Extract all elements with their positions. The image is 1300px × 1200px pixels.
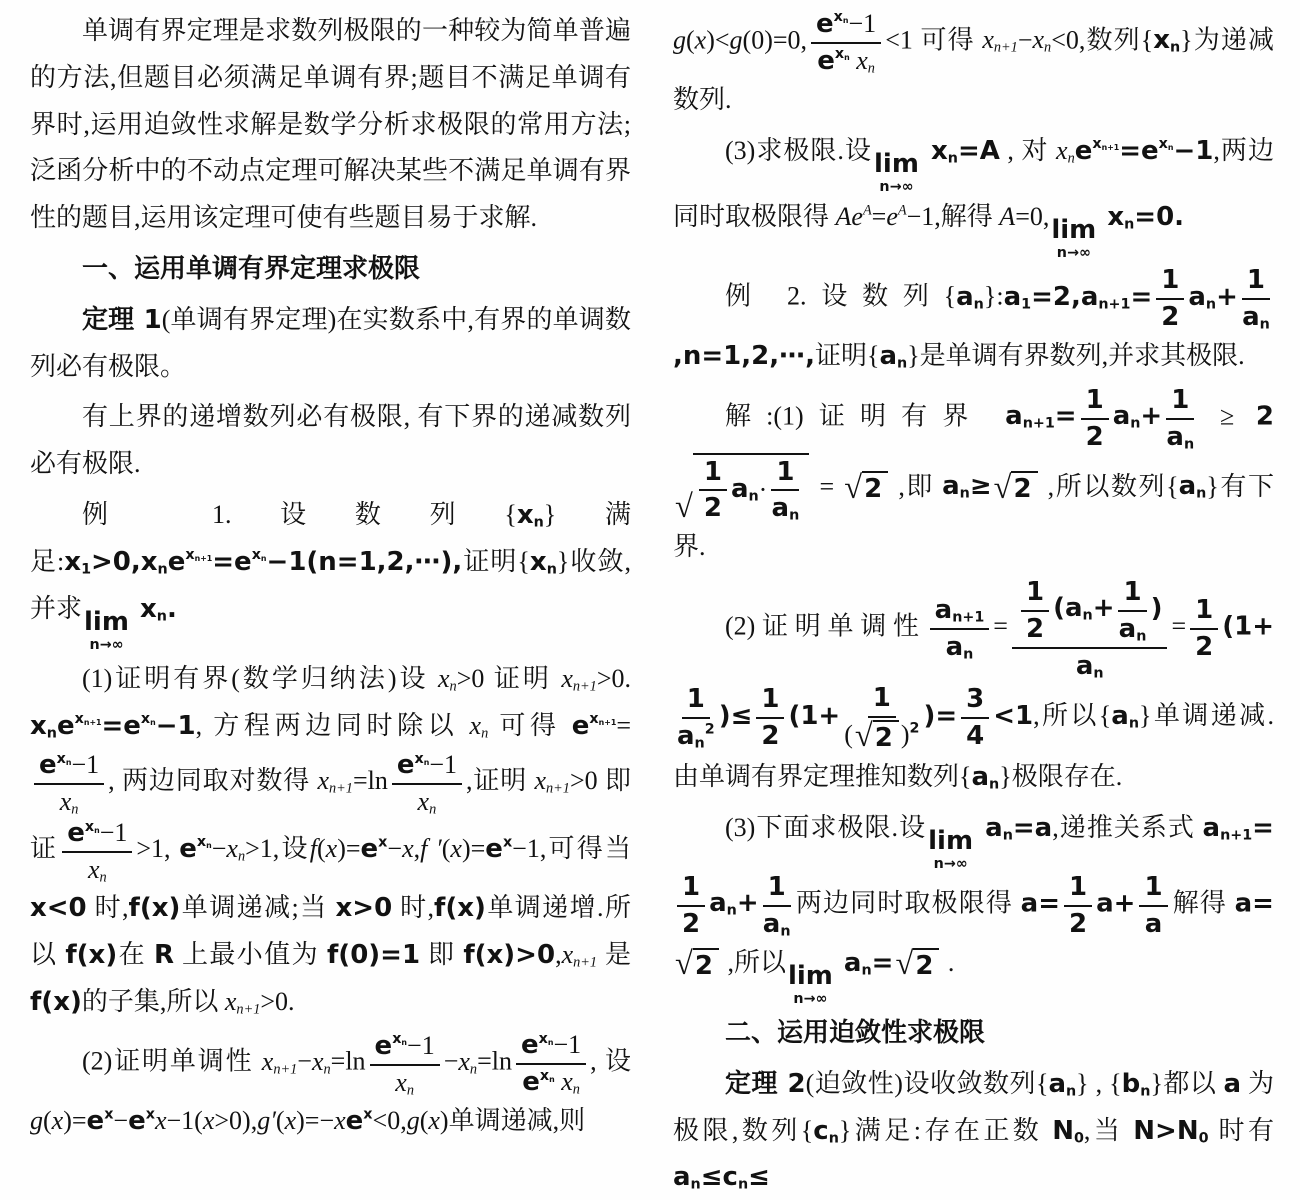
section-heading: 一、运用单调有界定理求极限 — [30, 246, 631, 293]
fraction-denominator: xn — [60, 785, 79, 817]
superscript: A — [863, 202, 872, 218]
math-bold: an — [1048, 1069, 1076, 1099]
subscript: n — [1206, 296, 1216, 312]
math-variable: A — [999, 202, 1015, 231]
document: 单调有界定理是求数列极限的一种较为简单普遍的方法,但题目必须满足单调有界;题目不… — [0, 0, 1300, 1200]
limit-subscript: n→∞ — [879, 180, 913, 194]
fraction-numerator: exn−1 — [392, 749, 462, 785]
math-variable: x — [52, 1106, 64, 1135]
math-variable: xn+1 — [982, 25, 1018, 54]
superscript: xn — [141, 711, 156, 727]
fraction: exn−1xn — [370, 1030, 440, 1098]
math-bold: an — [1111, 701, 1139, 731]
paragraph: 例 1.设数列{xn}满足:x1>0,xnexn+1=exn−1(n=1,2,⋯… — [30, 492, 631, 652]
superscript: xn+1 — [589, 711, 616, 727]
math-variable: xn — [561, 1067, 580, 1096]
subscript: n — [948, 150, 958, 166]
subscript: n — [748, 489, 758, 505]
math-bold: 1 — [1069, 872, 1087, 902]
subscript: 1 — [81, 561, 91, 577]
limit-operator: limn→∞ — [788, 963, 833, 1006]
math-bold: xn — [1153, 25, 1180, 55]
subscript: n+1 — [1220, 827, 1252, 843]
superscript: xn — [57, 751, 72, 767]
subscript: n — [157, 608, 167, 624]
subscript: n+1 — [994, 40, 1018, 56]
math-variable: xn — [438, 664, 457, 693]
math-bold: an= — [835, 948, 894, 978]
subscript: n — [861, 962, 871, 978]
fraction: 12 — [1081, 384, 1109, 453]
superscript: xn+1 — [1092, 136, 1119, 152]
subscript: n — [1068, 150, 1075, 166]
superscript: xn+1 — [75, 711, 102, 727]
subscript: n — [1140, 1083, 1150, 1099]
subscript: n — [1260, 317, 1270, 333]
math-bold: 1 — [776, 457, 794, 487]
math-bold: ,n=1,2,⋯, — [673, 341, 815, 371]
subscript: n — [206, 841, 212, 850]
subscript: n — [1093, 665, 1103, 681]
subscript: n — [1066, 1083, 1076, 1099]
fraction-numerator: 1 — [677, 871, 705, 907]
math-bold: an — [956, 282, 984, 312]
math-bold: exn — [817, 46, 849, 76]
math-bold: ex — [128, 1106, 155, 1136]
subscript: n+1 — [329, 781, 353, 797]
math-bold: xn=0. — [1098, 202, 1184, 232]
math-bold: 2 — [695, 951, 713, 982]
superscript: A — [898, 202, 907, 218]
math-bold: an+ — [1188, 282, 1238, 312]
fraction-denominator: a — [1145, 907, 1163, 940]
subscript: n — [695, 736, 705, 752]
subscript: n — [1170, 40, 1180, 56]
math-bold: 2 — [1256, 401, 1274, 431]
math-bold: an — [879, 341, 907, 371]
subscript: n — [780, 923, 790, 939]
math-bold: 4 — [966, 721, 984, 751]
superscript: x — [363, 1106, 372, 1122]
math-variable: f ′ — [420, 834, 442, 863]
math-bold: ) — [1151, 593, 1163, 623]
limit-operator: limn→∞ — [874, 151, 919, 194]
math-bold: exn — [522, 1067, 554, 1097]
fraction-denominator: 2 — [1069, 907, 1087, 940]
math-bold: 1 — [704, 457, 722, 487]
math-bold: f(x) — [434, 893, 486, 923]
fraction: 1an — [771, 456, 799, 525]
fraction: an+1an — [930, 594, 990, 663]
math-bold: a= — [1235, 888, 1274, 918]
fraction-numerator: 1 — [1166, 384, 1194, 420]
fraction-numerator: an+1 — [930, 594, 990, 630]
fraction-denominator: an — [1166, 420, 1194, 453]
subscript: 0 — [1074, 1130, 1084, 1146]
subscript: n — [1083, 608, 1093, 624]
fraction: 12 — [1190, 594, 1218, 663]
subscript: n — [548, 1038, 554, 1047]
fraction-numerator: 1 — [868, 682, 896, 718]
math-variable: g — [30, 1106, 43, 1135]
subscript: 1 — [1021, 296, 1031, 312]
math-variable: xn — [226, 834, 245, 863]
math-bold: an — [763, 909, 791, 939]
math-variable: x — [695, 25, 707, 54]
fraction-numerator: 3 — [961, 683, 989, 719]
fraction-denominator: 2 — [1026, 612, 1044, 645]
radical-sign: √ — [895, 947, 913, 981]
limit-operator: limn→∞ — [928, 828, 973, 871]
fraction-numerator: 12(an+1an) — [1012, 575, 1168, 649]
subscript: n — [691, 1177, 701, 1193]
math-bold: 2 — [910, 720, 920, 736]
math-bold: (1+ — [788, 701, 840, 731]
math-bold: 1 — [1161, 265, 1179, 295]
math-bold: a= — [1021, 888, 1060, 918]
subscript: n — [1196, 486, 1206, 502]
fraction: 12 — [677, 871, 705, 940]
superscript: 2 — [910, 720, 920, 736]
fraction-denominator: (√2)2 — [844, 718, 919, 754]
paragraph: (1)证明有界(数学归纳法)设 xn>0 证明 xn+1>0. xnexn+1=… — [30, 656, 631, 1026]
math-variable: xn — [458, 1047, 477, 1076]
subscript: n — [1003, 827, 1013, 843]
fraction: 12 — [699, 456, 727, 525]
math-variable: xn — [418, 787, 437, 816]
fraction-numerator: exn−1 — [34, 749, 104, 785]
fraction-numerator: 1 — [771, 456, 799, 492]
math-bold: a — [1145, 909, 1163, 939]
math-bold: an — [1166, 422, 1194, 452]
fraction-denominator: 2 — [761, 719, 779, 752]
fraction-denominator: an — [1119, 612, 1147, 645]
paragraph: 定理 2(迫敛性)设收敛数列{an} , {bn}都以 a 为极限,数列{cn}… — [673, 1061, 1274, 1200]
math-variable: xn — [312, 1047, 331, 1076]
math-bold: an — [1179, 471, 1207, 501]
fraction-numerator: 1 — [699, 456, 727, 492]
fraction: 1(√2)2 — [844, 682, 919, 754]
math-bold: 定理 2 — [725, 1069, 806, 1099]
radicand: 2 — [693, 948, 719, 982]
paragraph: 有上界的递增数列必有极限, 有下界的递减数列必有极限. — [30, 394, 631, 488]
subscript: n+1 — [1102, 143, 1120, 152]
subscript: n — [1129, 715, 1139, 731]
math-variable: x — [428, 1106, 440, 1135]
math-bold: 2 — [1026, 614, 1044, 644]
fraction-numerator: 1 — [682, 683, 710, 719]
subscript: n — [47, 725, 57, 741]
math-bold: exn — [521, 1030, 553, 1060]
fraction-numerator: 1 — [1081, 384, 1109, 420]
subscript: n — [1168, 143, 1174, 152]
math-variable: g′ — [257, 1106, 276, 1135]
limit-subscript: n→∞ — [89, 638, 123, 652]
math-variable: xn — [88, 855, 107, 884]
subscript: n — [843, 16, 849, 25]
subscript: n — [844, 53, 850, 62]
subscript: n+1 — [195, 554, 213, 563]
math-bold: a1=2,an+1= — [1004, 282, 1153, 312]
math-bold: 2 — [1013, 474, 1031, 505]
radicand: 2 — [873, 720, 899, 754]
math-bold: an — [1076, 651, 1104, 681]
subscript: n — [99, 870, 106, 886]
section-heading: 二、运用迫敛性求极限 — [673, 1010, 1274, 1057]
fraction-denominator: 2 — [1086, 420, 1104, 453]
subscript: n — [1184, 436, 1194, 452]
math-variable: x — [155, 1106, 167, 1135]
subscript: n+1 — [599, 718, 617, 727]
superscript: xn — [414, 751, 429, 767]
subscript: n — [424, 758, 430, 767]
math-bold: )≤ — [719, 701, 753, 731]
math-variable: x — [450, 834, 462, 863]
math-bold: an+ — [1113, 401, 1163, 431]
limit-subscript: n→∞ — [1057, 246, 1091, 260]
math-variable: e — [886, 202, 898, 231]
math-bold: ex — [485, 834, 512, 864]
math-variable: g — [673, 25, 686, 54]
math-variable: xn+1 — [562, 940, 598, 969]
square-root: √2 — [895, 948, 939, 982]
math-bold: an+1 — [935, 595, 985, 625]
subscript: n — [261, 554, 267, 563]
math-bold: exn — [67, 818, 99, 848]
fraction: exn−1xn — [392, 749, 462, 817]
math-bold: an — [1242, 302, 1270, 332]
fraction-denominator: an — [772, 491, 800, 524]
math-bold: an — [772, 493, 800, 523]
radical-sign: √ — [675, 452, 693, 524]
paragraph: 例 2.设数列{an}:a1=2,an+1=12an+1an,n=1,2,⋯,证… — [673, 264, 1274, 380]
math-bold: 2 — [1086, 422, 1104, 452]
subscript: n — [1136, 629, 1146, 645]
math-bold: 1 — [687, 684, 705, 714]
math-bold: (1+ — [1222, 611, 1274, 641]
math-bold: exn — [397, 750, 429, 780]
paragraph: (3)下面求极限.设limn→∞ an=a,递推关系式 an+1=12an+1a… — [673, 805, 1274, 1006]
math-bold: xn=A — [921, 136, 1000, 166]
math-bold: an+1= — [1203, 813, 1274, 843]
subscript: n — [738, 1177, 748, 1193]
subscript: n — [549, 1075, 555, 1084]
subscript: n — [407, 1082, 414, 1098]
math-bold: exn — [39, 750, 71, 780]
subscript: n+1 — [952, 610, 984, 626]
math-bold: 2 — [761, 721, 779, 751]
subscript: n — [324, 1061, 331, 1077]
fraction-denominator: xn — [395, 1066, 414, 1098]
math-bold: 1 — [1086, 385, 1104, 415]
fraction-numerator: exn−1 — [62, 817, 132, 853]
superscript: x — [104, 1106, 113, 1122]
square-root: √2 — [675, 948, 719, 982]
radicand: 12an · 1an — [693, 453, 810, 525]
math-bold: 1 — [761, 684, 779, 714]
math-bold: R — [154, 940, 174, 970]
math-bold: 2 — [1195, 632, 1213, 662]
superscript: xn — [539, 1031, 554, 1047]
math-bold: x1>0,xnexn+1=exn−1(n=1,2,⋯), — [64, 547, 462, 577]
limit-word: lim — [788, 963, 833, 989]
fraction: 1an — [1166, 384, 1194, 453]
fraction-numerator: 1 — [1118, 576, 1146, 612]
math-bold: N0 — [1052, 1116, 1084, 1146]
radicand: 2 — [862, 471, 888, 505]
math-bold: an2 — [677, 721, 715, 751]
math-bold: 定理 1 — [82, 305, 162, 335]
superscript: xn — [85, 819, 100, 835]
math-bold: a — [1223, 1069, 1241, 1099]
fraction-denominator: exn xn — [817, 44, 875, 77]
subscript: 0 — [1199, 1130, 1209, 1146]
math-variable: xn+1 — [561, 664, 597, 693]
fraction: exn−1xn — [62, 817, 132, 885]
subscript: n — [158, 561, 168, 577]
subscript: n — [727, 903, 737, 919]
subscript: n — [829, 1130, 839, 1146]
math-bold: f(0)=1 — [327, 940, 420, 970]
math-variable: x — [334, 1106, 346, 1135]
math-bold: exn+1 — [572, 711, 617, 741]
fraction: exn−1exn xn — [516, 1029, 586, 1098]
fraction: 12 — [1021, 576, 1049, 645]
superscript: x — [503, 834, 512, 850]
math-variable: A — [863, 202, 872, 218]
math-variable: x — [402, 834, 414, 863]
fraction-numerator: exn−1 — [516, 1029, 586, 1065]
fraction: 1a — [1139, 871, 1167, 940]
subscript: n — [150, 718, 156, 727]
math-bold: exn — [179, 834, 211, 864]
subscript: n — [1044, 40, 1051, 56]
math-bold: 2 — [864, 474, 882, 505]
math-bold: f(x) — [129, 893, 181, 923]
math-bold: N>N0 — [1133, 1116, 1208, 1146]
subscript: n+1 — [236, 1001, 260, 1017]
superscript: xn — [252, 547, 267, 563]
math-bold: ex — [361, 834, 388, 864]
math-bold: <1 — [993, 701, 1033, 731]
fraction: 1an2 — [677, 683, 715, 752]
math-bold: (an+ — [1053, 593, 1114, 623]
math-bold: x>0 — [336, 893, 393, 923]
superscript: xn+1 — [185, 547, 212, 563]
fraction-numerator: 1 — [1139, 871, 1167, 907]
math-bold: an=a — [975, 813, 1052, 843]
math-bold: f(x)>0 — [463, 940, 555, 970]
subscript: n+1 — [1098, 296, 1130, 312]
fraction: exn−1xn — [34, 749, 104, 817]
math-bold: an≤cn≤ — [673, 1162, 770, 1192]
left-column: 单调有界定理是求数列极限的一种较为简单普遍的方法,但题目必须满足单调有界;题目不… — [30, 8, 631, 1200]
radical-sign: √ — [855, 719, 873, 753]
math-bold: an — [1119, 614, 1147, 644]
square-root: √2 — [994, 471, 1038, 505]
math-bold: an+ — [709, 888, 759, 918]
limit-operator: limn→∞ — [84, 609, 129, 652]
subscript: n+1 — [84, 718, 102, 727]
fraction-numerator: 1 — [1021, 576, 1049, 612]
subscript: n — [71, 802, 78, 818]
page: { "colors": { "background": "#fefefe", "… — [0, 0, 1300, 1200]
math-bold: exn+1=exn−1 — [1075, 136, 1214, 166]
subscript: n — [974, 296, 984, 312]
square-root: √12an · 1an — [675, 453, 809, 525]
math-bold: 1 — [1171, 385, 1189, 415]
fraction-denominator: an — [1076, 649, 1104, 682]
square-root: √2 — [844, 471, 888, 505]
math-variable: xn — [856, 46, 875, 75]
math-bold: ex — [346, 1106, 373, 1136]
math-variable: g — [730, 25, 743, 54]
subscript: n — [573, 1082, 580, 1098]
fraction-numerator: 1 — [756, 683, 784, 719]
square-root: √2 — [855, 720, 899, 754]
fraction-denominator: an — [946, 630, 974, 663]
paragraph: g(x)<g(0)=0,exn−1exn xn<1 可得 xn+1−xn<0,数… — [673, 8, 1274, 124]
limit-operator: limn→∞ — [1051, 217, 1096, 260]
radical-sign: √ — [994, 470, 1012, 504]
fraction-denominator: 2 — [1195, 630, 1213, 663]
subscript: n — [897, 356, 907, 372]
math-variable: xn — [470, 711, 489, 740]
subscript: n — [1130, 416, 1140, 432]
subscript: n — [963, 647, 973, 663]
fraction-denominator: an2 — [677, 719, 715, 752]
math-bold: 2 — [704, 493, 722, 523]
fraction: 12 — [1156, 264, 1184, 333]
fraction: exn−1exn xn — [811, 8, 881, 77]
math-variable: Ae — [836, 202, 863, 231]
subscript: n — [429, 802, 436, 818]
subscript: n — [534, 515, 544, 531]
math-bold: 2 — [1161, 302, 1179, 332]
fraction-denominator: xn — [88, 853, 107, 885]
math-variable: xn — [1056, 136, 1075, 165]
math-variable: g — [407, 1106, 420, 1135]
fraction: 1an — [763, 871, 791, 940]
fraction-denominator: 2 — [682, 907, 700, 940]
fraction: 1an — [1118, 576, 1146, 645]
superscript: xn — [835, 46, 850, 62]
math-variable: x — [285, 1106, 297, 1135]
math-bold: x<0 — [30, 893, 87, 923]
math-bold: 1 — [1247, 265, 1265, 295]
subscript: n — [66, 758, 72, 767]
paragraph: (2)证明单调性 xn+1−xn=lnexn−1xn−xn=lnexn−1exn… — [30, 1029, 631, 1145]
math-variable: xn+1 — [317, 766, 353, 795]
math-bold: xn — [517, 500, 544, 530]
fraction: 1an — [1242, 264, 1270, 333]
subscript: n+1 — [573, 954, 597, 970]
superscript: x — [378, 834, 387, 850]
superscript: xn — [197, 834, 212, 850]
math-bold: f(x) — [65, 940, 117, 970]
subscript: n+1 — [546, 781, 570, 797]
math-variable: x — [326, 834, 338, 863]
math-bold: an — [971, 762, 999, 792]
fraction-numerator: 1 — [1190, 594, 1218, 630]
fraction: 12 — [1064, 871, 1092, 940]
math-bold: an≥ — [942, 471, 992, 501]
math-bold: xnexn+1=exn−1 — [30, 711, 196, 741]
limit-word: lim — [928, 828, 973, 854]
fraction-denominator: xn — [418, 785, 437, 817]
superscript: 2 — [705, 722, 715, 738]
superscript: xn — [1159, 136, 1174, 152]
